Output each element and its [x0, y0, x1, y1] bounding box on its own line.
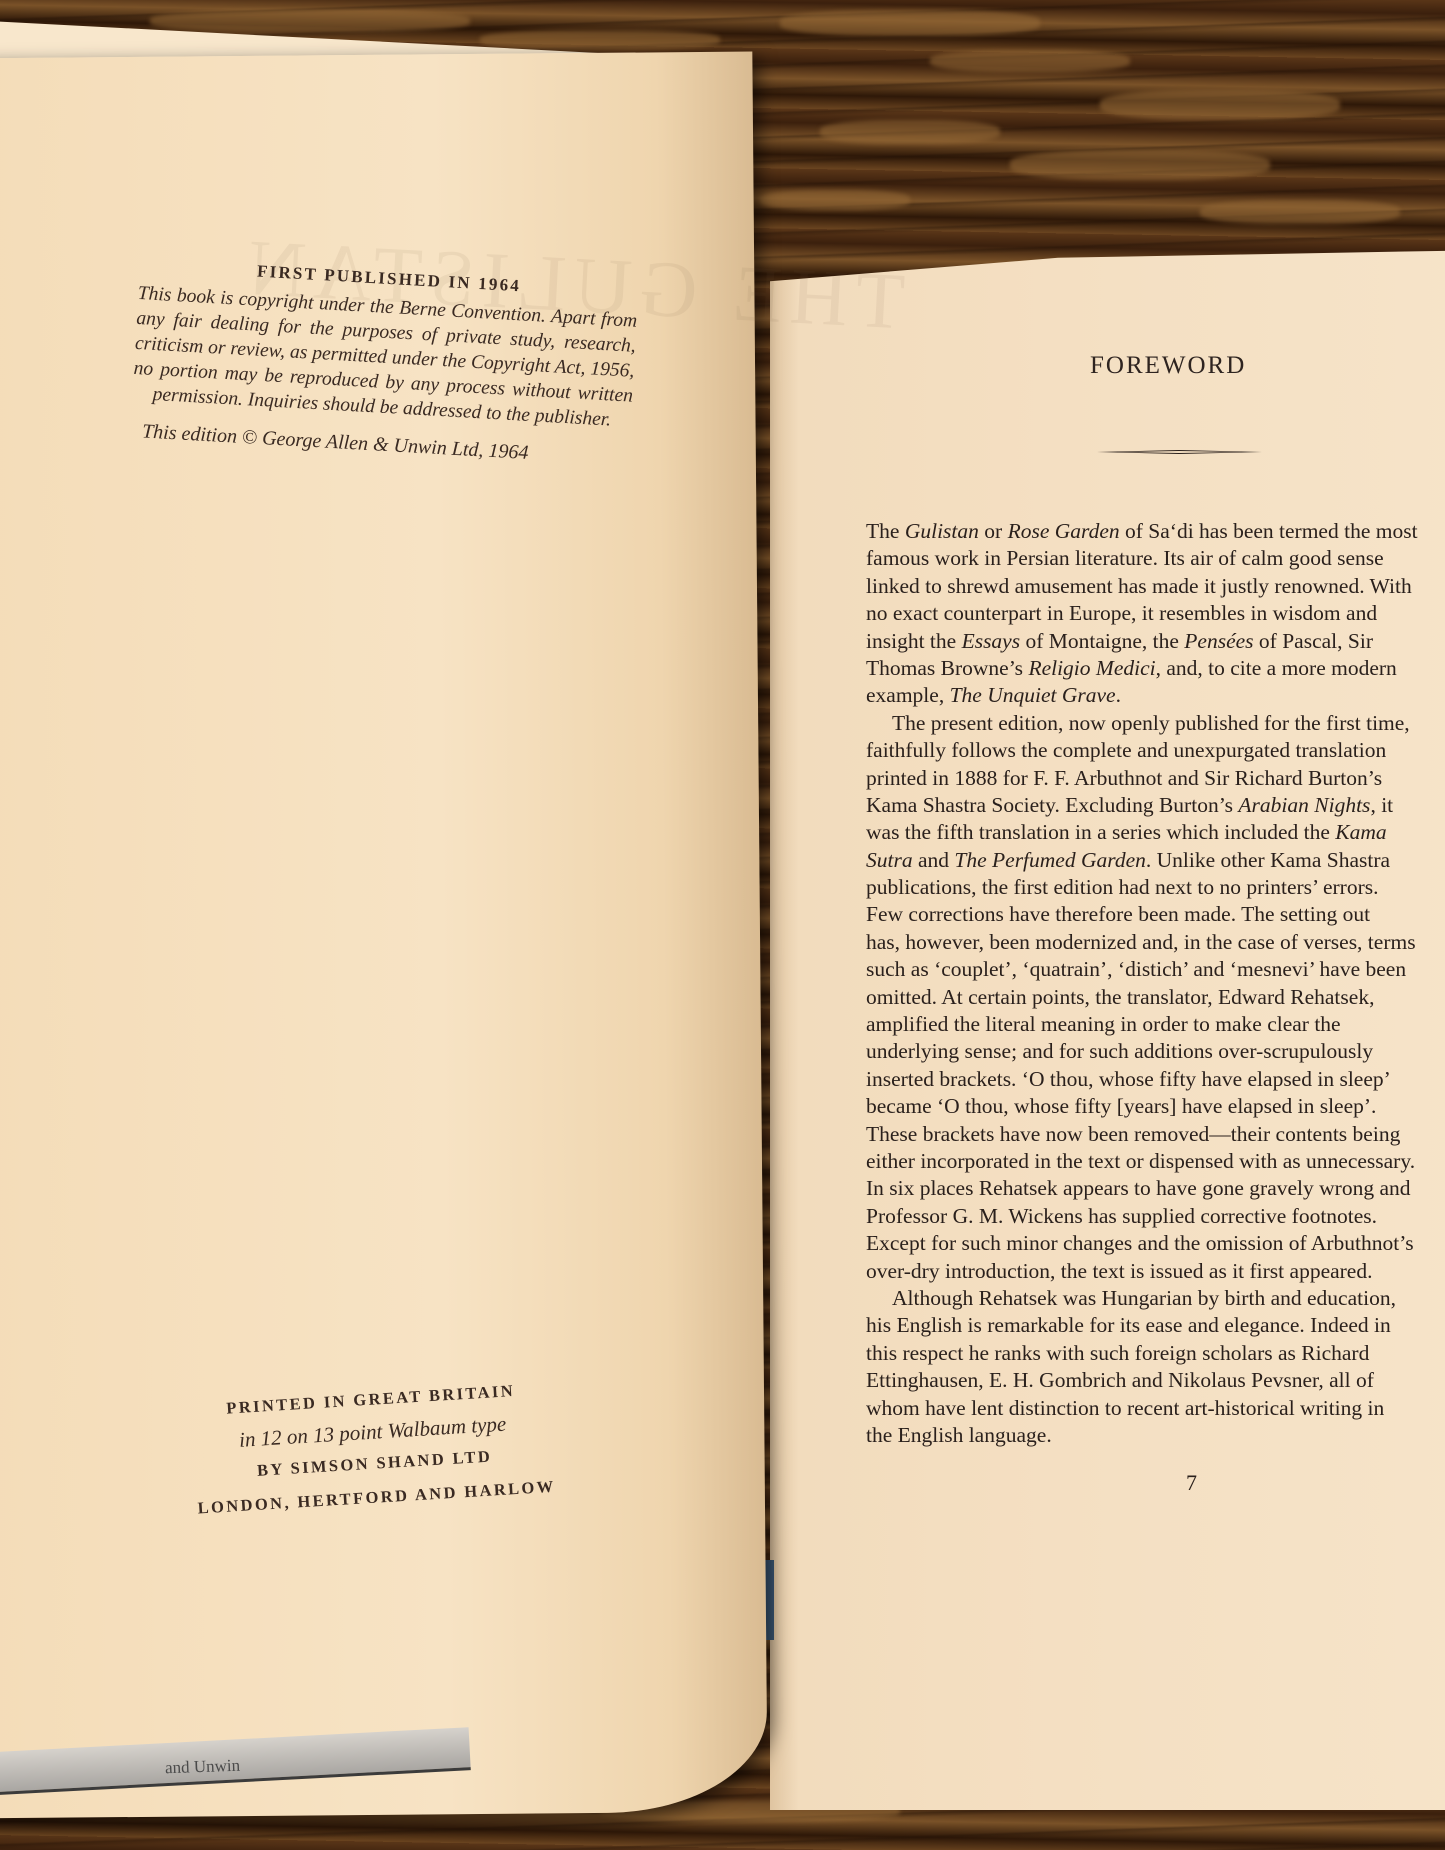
text-run: this respect he ranks with such foreign …	[866, 1341, 1369, 1365]
wood-grain	[150, 10, 470, 32]
text-line: became ‘O thou, whose fifty [years] have…	[866, 1093, 1445, 1120]
text-line: Professor G. M. Wickens has supplied cor…	[866, 1203, 1445, 1230]
text-run: , it	[1370, 793, 1393, 817]
text-run: of Pascal, Sir	[1254, 629, 1373, 653]
text-run: Kama Shastra Society. Excluding Burton’s	[866, 793, 1238, 817]
italic-title: Religio Medici	[1028, 656, 1155, 680]
text-run: no exact counterpart in Europe, it resem…	[866, 601, 1377, 625]
text-run: , and, to cite a more modern	[1156, 656, 1397, 680]
italic-title: Rose Garden	[1008, 519, 1120, 543]
text-run: Few corrections have therefore been made…	[866, 902, 1370, 926]
printer-colophon: PRINTED IN GREAT BRITAIN in 12 on 13 poi…	[170, 1371, 577, 1527]
text-line: over-dry introduction, the text is issue…	[866, 1258, 1445, 1285]
text-run: The present edition, now openly publishe…	[892, 711, 1410, 735]
text-line: Although Rehatsek was Hungarian by birth…	[866, 1285, 1445, 1312]
text-run: Thomas Browne’s	[866, 656, 1028, 680]
text-line: amplified the literal meaning in order t…	[866, 1011, 1445, 1038]
text-run: Although Rehatsek was Hungarian by birth…	[892, 1286, 1396, 1310]
text-run: of Montaigne, the	[1020, 629, 1184, 653]
wood-grain	[930, 50, 1130, 72]
text-line: such as ‘couplet’, ‘quatrain’, ‘distich’…	[866, 956, 1445, 983]
foreword-text: The Gulistan or Rose Garden of Sa‘di has…	[866, 518, 1445, 1449]
text-run: over-dry introduction, the text is issue…	[866, 1259, 1372, 1283]
text-line: either incorporated in the text or dispe…	[866, 1148, 1445, 1175]
page-number: 7	[1186, 1470, 1197, 1496]
text-run: These brackets have now been removed—the…	[866, 1122, 1400, 1146]
text-line: publications, the first edition had next…	[866, 874, 1445, 901]
text-line: In six places Rehatsek appears to have g…	[866, 1175, 1445, 1202]
text-run: has, however, been modernized and, in th…	[866, 930, 1416, 954]
text-run: publications, the first edition had next…	[866, 875, 1379, 899]
text-run: In six places Rehatsek appears to have g…	[866, 1176, 1410, 1200]
text-run: underlying sense; and for such additions…	[866, 1039, 1373, 1063]
italic-title: The Perfumed Garden	[954, 848, 1145, 872]
wood-grain	[1100, 90, 1340, 120]
text-run: faithfully follows the complete and unex…	[866, 738, 1386, 762]
text-run: example,	[866, 683, 950, 707]
text-run: famous work in Persian literature. Its a…	[866, 546, 1384, 570]
text-run: inserted brackets. ‘O thou, whose fifty …	[866, 1067, 1391, 1091]
text-line: Kama Shastra Society. Excluding Burton’s…	[866, 792, 1445, 819]
text-line: omitted. At certain points, the translat…	[866, 984, 1445, 1011]
copyright-notice: This book is copyright under the Berne C…	[132, 281, 638, 434]
wood-grain	[1200, 200, 1400, 224]
text-run: either incorporated in the text or dispe…	[866, 1149, 1415, 1173]
text-run: linked to shrewd amusement has made it j…	[866, 574, 1412, 598]
text-line: his English is remarkable for its ease a…	[866, 1312, 1445, 1339]
text-line: Ettinghausen, E. H. Gombrich and Nikolau…	[866, 1367, 1445, 1394]
text-run: insight the	[866, 629, 962, 653]
text-run: of Sa‘di has been termed the most	[1120, 519, 1418, 543]
text-line: Sutra and The Perfumed Garden. Unlike ot…	[866, 847, 1445, 874]
text-line: Except for such minor changes and the om…	[866, 1230, 1445, 1257]
text-run: his English is remarkable for its ease a…	[866, 1313, 1391, 1337]
wood-grain	[780, 10, 1040, 36]
text-run: whom have lent distinction to recent art…	[866, 1396, 1384, 1420]
text-line: These brackets have now been removed—the…	[866, 1121, 1445, 1148]
text-line: example, The Unquiet Grave.	[866, 682, 1445, 709]
text-line: underlying sense; and for such additions…	[866, 1038, 1445, 1065]
text-run: or	[979, 519, 1008, 543]
text-run: . Unlike other Kama Shastra	[1146, 848, 1390, 872]
text-line: faithfully follows the complete and unex…	[866, 737, 1445, 764]
text-run: such as ‘couplet’, ‘quatrain’, ‘distich’…	[866, 957, 1406, 981]
italic-title: The Unquiet Grave	[950, 683, 1116, 707]
text-line: has, however, been modernized and, in th…	[866, 929, 1445, 956]
text-line: The present edition, now openly publishe…	[866, 710, 1445, 737]
text-run: became ‘O thou, whose fifty [years] have…	[866, 1094, 1376, 1118]
italic-title: Pensées	[1184, 629, 1253, 653]
text-run: and	[913, 848, 955, 872]
text-run: The	[866, 519, 905, 543]
text-run: Professor G. M. Wickens has supplied cor…	[866, 1204, 1377, 1228]
text-run: printed in 1888 for F. F. Arbuthnot and …	[866, 766, 1382, 790]
text-line: Few corrections have therefore been made…	[866, 901, 1445, 928]
copyright-imprint: FIRST PUBLISHED IN 1964 This book is cop…	[130, 255, 640, 471]
text-line: insight the Essays of Montaigne, the Pen…	[866, 628, 1445, 655]
ornament-rule-icon	[1097, 447, 1262, 457]
wood-grain	[480, 30, 720, 50]
text-line: The Gulistan or Rose Garden of Sa‘di has…	[866, 518, 1445, 545]
text-run: omitted. At certain points, the translat…	[866, 985, 1374, 1009]
wood-grain	[1010, 150, 1270, 180]
text-line: linked to shrewd amusement has made it j…	[866, 573, 1445, 600]
text-run: Ettinghausen, E. H. Gombrich and Nikolau…	[866, 1368, 1374, 1392]
text-line: the English language.	[866, 1422, 1445, 1449]
dust-jacket-text: and Unwin	[165, 1756, 241, 1779]
text-run: amplified the literal meaning in order t…	[866, 1012, 1341, 1036]
text-line: inserted brackets. ‘O thou, whose fifty …	[866, 1066, 1445, 1093]
italic-title: Kama	[1335, 820, 1386, 844]
text-line: famous work in Persian literature. Its a…	[866, 545, 1445, 572]
text-run: the English language.	[866, 1423, 1052, 1447]
italic-title: Sutra	[866, 848, 913, 872]
text-run: was the fifth translation in a series wh…	[866, 820, 1335, 844]
text-line: Thomas Browne’s Religio Medici, and, to …	[866, 655, 1445, 682]
text-run: Except for such minor changes and the om…	[866, 1231, 1414, 1255]
text-run: .	[1116, 683, 1121, 707]
text-line: whom have lent distinction to recent art…	[866, 1395, 1445, 1422]
text-line: printed in 1888 for F. F. Arbuthnot and …	[866, 765, 1445, 792]
text-line: was the fifth translation in a series wh…	[866, 819, 1445, 846]
wood-grain	[760, 190, 910, 210]
italic-title: Essays	[962, 629, 1021, 653]
italic-title: Gulistan	[905, 519, 979, 543]
italic-title: Arabian Nights	[1238, 793, 1370, 817]
wood-grain	[820, 120, 1000, 144]
text-line: this respect he ranks with such foreign …	[866, 1340, 1445, 1367]
text-line: no exact counterpart in Europe, it resem…	[866, 600, 1445, 627]
chapter-title: FOREWORD	[1090, 352, 1246, 380]
